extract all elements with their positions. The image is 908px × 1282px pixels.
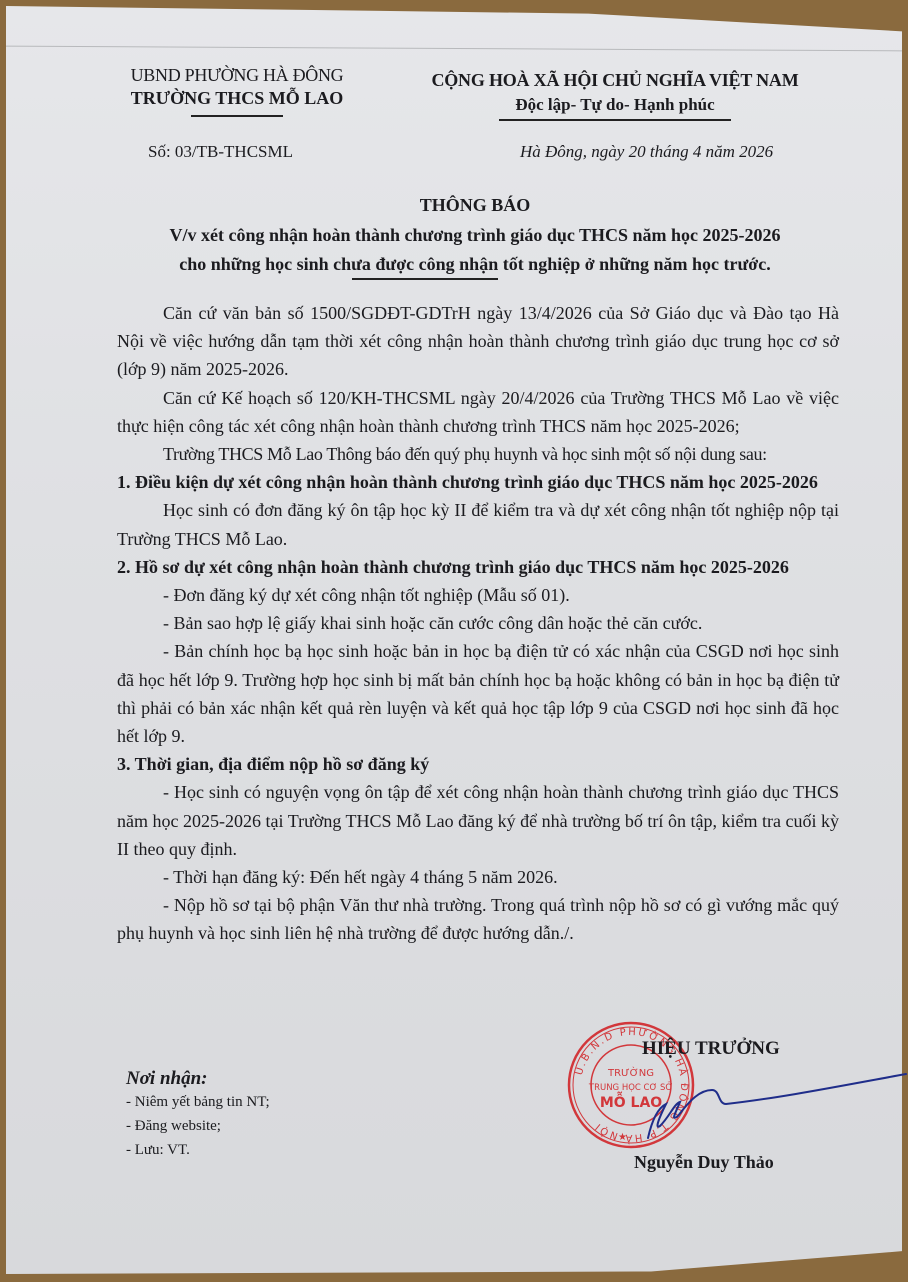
motto: Độc lập- Tự do- Hạnh phúc	[410, 95, 820, 115]
recipient-item: - Lưu: VT.	[126, 1138, 270, 1162]
section-3-item: - Thời hạn đăng ký: Đến hết ngày 4 tháng…	[117, 863, 839, 891]
document-number: Số: 03/TB-THCSML	[148, 142, 293, 162]
section-1-paragraph: Học sinh có đơn đăng ký ôn tập học kỳ II…	[117, 496, 839, 552]
issuing-authority: UBND PHƯỜNG HÀ ĐÔNG TRƯỜNG THCS MỖ LAO	[102, 65, 372, 117]
document-body: Căn cứ văn bản số 1500/SGDĐT-GDTrH ngày …	[117, 299, 839, 948]
document-date: Hà Đông, ngày 20 tháng 4 năm 2026	[520, 142, 773, 162]
section-2-item: - Bản chính học bạ học sinh hoặc bản in …	[117, 637, 839, 750]
authority-name: UBND PHƯỜNG HÀ ĐÔNG	[102, 65, 372, 86]
authority-underline	[191, 115, 283, 117]
svg-text:★: ★	[618, 1132, 627, 1143]
recipients-heading: Nơi nhận:	[126, 1068, 270, 1090]
intro-paragraph: Trường THCS Mỗ Lao Thông báo đến quý phụ…	[117, 440, 839, 468]
document-subject-line1: V/v xét công nhận hoàn thành chương trìn…	[100, 225, 850, 246]
legal-basis-2: Căn cứ Kế hoạch số 120/KH-THCSML ngày 20…	[117, 384, 839, 440]
motto-underline	[499, 119, 731, 121]
section-3-item: - Học sinh có nguyện vọng ôn tập để xét …	[117, 778, 839, 863]
document-subject-line2: cho những học sinh chưa được công nhận t…	[100, 254, 850, 275]
section-3-item: - Nộp hồ sơ tại bộ phận Văn thư nhà trườ…	[117, 891, 839, 947]
section-2-heading: 2. Hồ sơ dự xét công nhận hoàn thành chư…	[117, 553, 839, 581]
national-motto: CỘNG HOÀ XÃ HỘI CHỦ NGHĨA VIỆT NAM Độc l…	[410, 70, 820, 121]
section-3-heading: 3. Thời gian, địa điểm nộp hồ sơ đăng ký	[117, 750, 839, 778]
title-underline	[352, 278, 498, 280]
country-name: CỘNG HOÀ XÃ HỘI CHỦ NGHĨA VIỆT NAM	[410, 70, 820, 91]
school-name: TRƯỜNG THCS MỖ LAO	[102, 88, 372, 109]
recipients-block: Nơi nhận: - Niêm yết bảng tin NT; - Đăng…	[126, 1068, 270, 1162]
document-title: THÔNG BÁO	[100, 195, 850, 216]
recipient-item: - Đăng website;	[126, 1114, 270, 1138]
signer-name: Nguyễn Duy Thảo	[634, 1152, 774, 1173]
signer-title: HIỆU TRƯỞNG	[642, 1038, 780, 1060]
section-2-item: - Bản sao hợp lệ giấy khai sinh hoặc căn…	[117, 609, 839, 637]
recipient-item: - Niêm yết bảng tin NT;	[126, 1090, 270, 1114]
handwritten-signature-icon	[640, 1060, 908, 1140]
legal-basis-1: Căn cứ văn bản số 1500/SGDĐT-GDTrH ngày …	[117, 299, 839, 384]
section-1-heading: 1. Điều kiện dự xét công nhận hoàn thành…	[117, 468, 839, 496]
section-2-item: - Đơn đăng ký dự xét công nhận tốt nghiệ…	[117, 581, 839, 609]
